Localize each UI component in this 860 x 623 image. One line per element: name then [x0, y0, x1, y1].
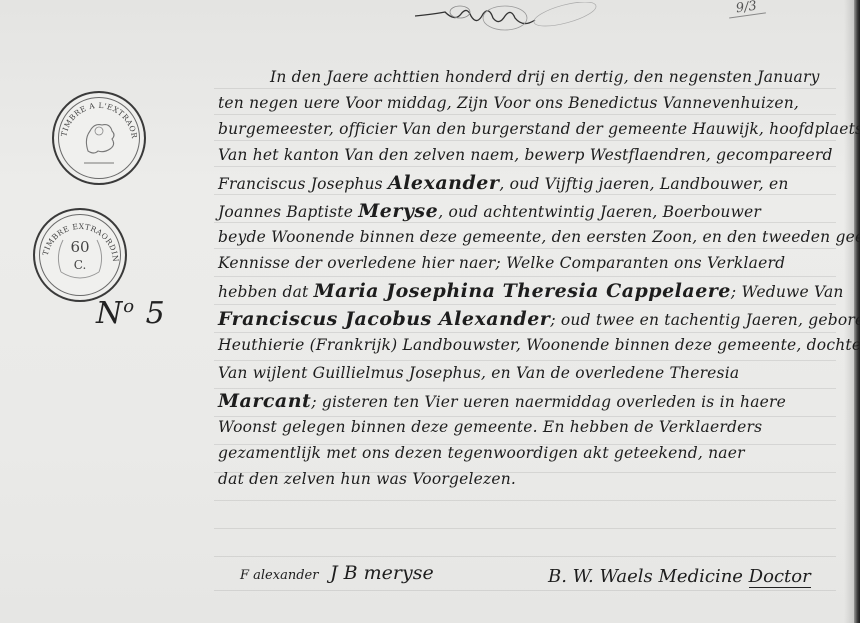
body-line-8: Kennisse der overledene hier naer; Welke…	[218, 254, 785, 272]
svg-text:TIMBRE A L'EXTRAORDINAIRE: TIMBRE A L'EXTRAORDINAIRE	[54, 93, 139, 139]
record-number: No 5	[96, 296, 166, 331]
ruled-line	[214, 332, 836, 333]
body-line-16: dat den zelven hun was Voorgelezen.	[218, 470, 516, 488]
body-line-5: Franciscus Josephus Alexander, oud Vijft…	[218, 172, 789, 194]
ruled-line	[214, 88, 836, 89]
ruled-line	[214, 360, 836, 361]
declarant-surname-meryse: Meryse	[358, 200, 438, 222]
signature-meryse: J B meryse	[330, 562, 434, 584]
body-line-1: In den Jaere achttien honderd drij en de…	[270, 68, 820, 86]
ruled-line	[214, 528, 836, 529]
ruled-line	[214, 194, 836, 195]
ruled-line	[214, 304, 836, 305]
corner-annotation: 9/3	[727, 0, 766, 18]
ruled-line	[214, 590, 836, 591]
ruled-line	[214, 556, 836, 557]
body-line-2: ten negen uere Voor middag, Zijn Voor on…	[218, 94, 799, 112]
ruled-line	[214, 248, 836, 249]
record-number-value: 5	[146, 296, 166, 331]
body-line-11: Heuthierie (Frankrijk) Landbouwster, Woo…	[218, 336, 860, 354]
document-page: 9/3 TIMBRE A L'EXTRAORDINAIRE TIMBRE EXT…	[0, 0, 860, 623]
body-line-3: burgemeester, officier Van den burgersta…	[218, 120, 860, 138]
ruled-line	[214, 276, 836, 277]
body-line-13: Marcant; gisteren ten Vier ueren naermid…	[218, 390, 786, 412]
deceased-name: Maria Josephina Theresia Cappelaere	[314, 280, 731, 302]
body-line-12: Van wijlent Guillielmus Josephus, en Van…	[218, 364, 739, 382]
ruled-line	[214, 388, 836, 389]
ruled-line	[214, 222, 836, 223]
ruled-line	[214, 140, 836, 141]
ruled-line	[214, 114, 836, 115]
decorative-flourish-icon	[415, 2, 615, 42]
record-number-sup: o	[123, 296, 135, 317]
body-line-15: gezamentlijk met ons dezen tegenwoordige…	[218, 444, 745, 462]
ruled-line	[214, 166, 836, 167]
mother-surname: Marcant	[218, 390, 311, 412]
signature-alexander: F alexander	[240, 568, 318, 583]
lion-emblem-icon: TIMBRE A L'EXTRAORDINAIRE	[54, 93, 144, 183]
body-line-14: Woonst gelegen binnen deze gemeente. En …	[218, 418, 762, 436]
body-line-4: Van het kanton Van den zelven naem, bewe…	[218, 146, 833, 164]
stamp-unit: C.	[35, 258, 125, 272]
stamp-value: 60	[35, 240, 125, 255]
signature-official: B. W. Waels Medicine Doctor	[548, 566, 811, 587]
signature-title-doctor: Doctor	[749, 566, 811, 588]
ruled-line	[214, 416, 836, 417]
body-line-7: beyde Woonende binnen deze gemeente, den…	[218, 228, 860, 246]
stamp-lion: TIMBRE A L'EXTRAORDINAIRE	[52, 91, 146, 185]
ruled-line	[214, 500, 836, 501]
body-line-6: Joannes Baptiste Meryse, oud achtentwint…	[218, 200, 761, 222]
spouse-name: Franciscus Jacobus Alexander	[218, 308, 550, 330]
stamp-60-centimes: TIMBRE EXTRAORDINAIRE 60 C.	[33, 208, 127, 302]
declarant-surname-alexander: Alexander	[388, 172, 499, 194]
body-line-10: Franciscus Jacobus Alexander; oud twee e…	[218, 308, 860, 330]
record-number-prefix: N	[96, 296, 123, 331]
body-line-9: hebben dat Maria Josephina Theresia Capp…	[218, 280, 844, 302]
